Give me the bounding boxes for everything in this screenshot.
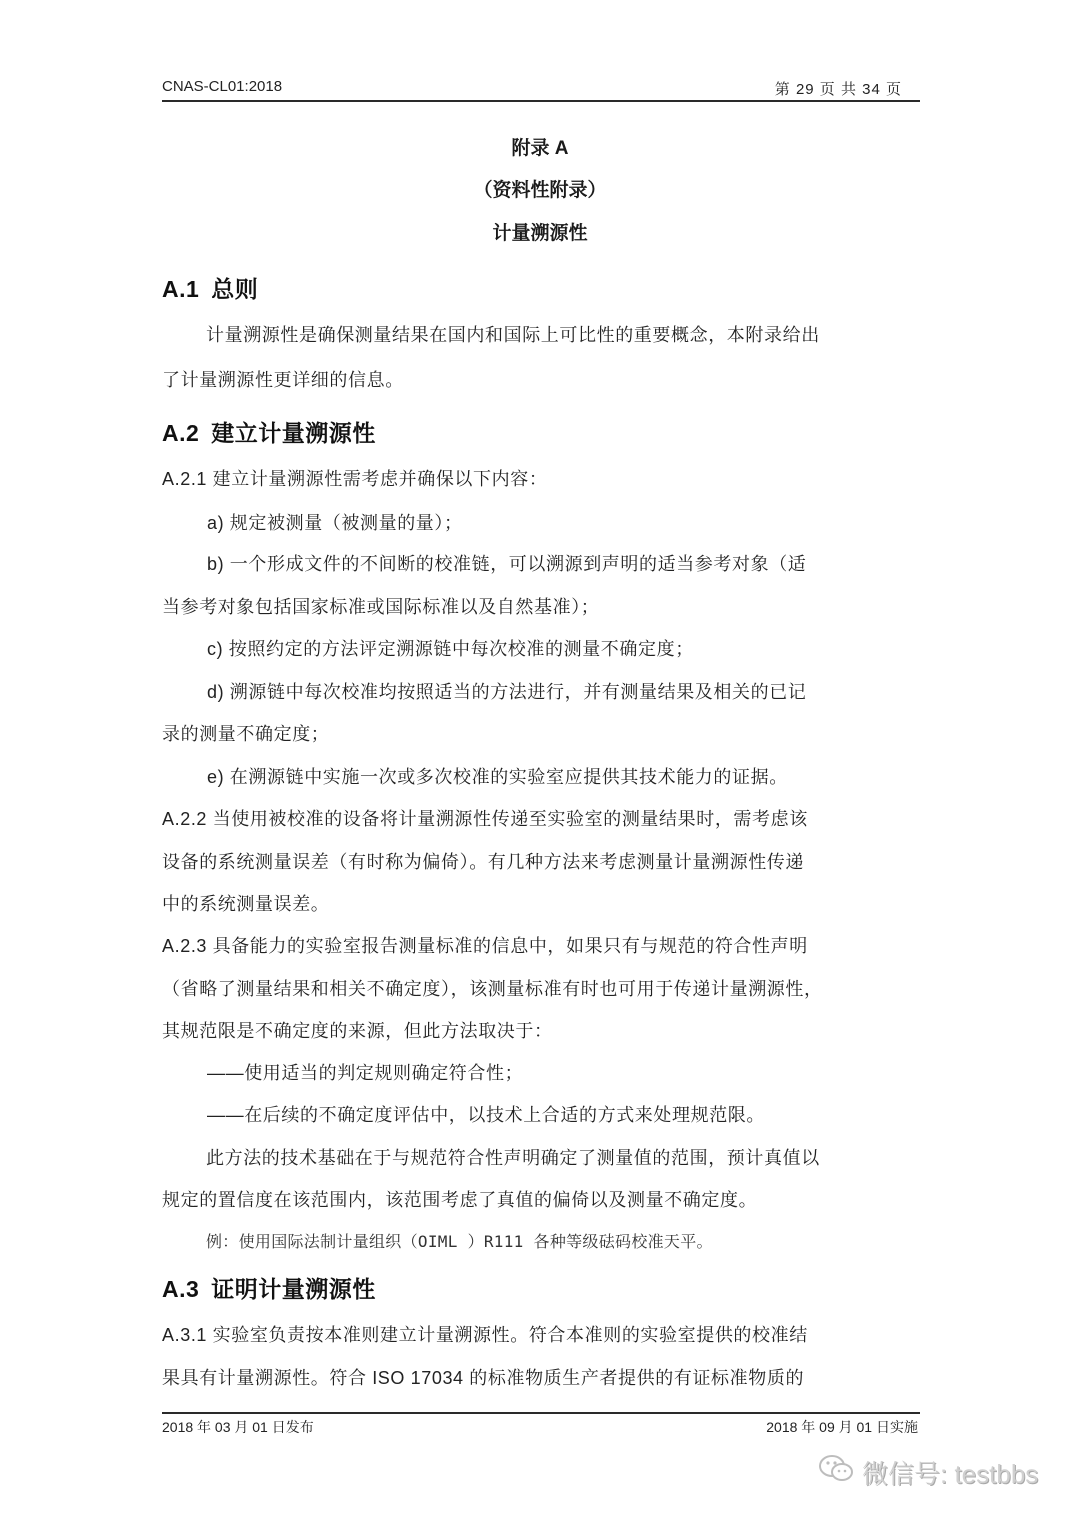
header-divider <box>162 100 920 102</box>
page-indicator: 第 29 页 共 34 页 <box>775 78 902 99</box>
list-item-d-continued: 录的测量不确定度； <box>162 722 920 746</box>
appendix-type: （资料性附录） <box>0 175 1080 202</box>
paragraph-line: 计量溯源性是确保测量结果在国内和国际上可比性的重要概念，本附录给出 <box>206 323 964 347</box>
section-heading-a2: A.2建立计量溯源性 <box>162 415 376 448</box>
paragraph-line: 规定的置信度在该范围内，该范围考虑了真值的偏倚以及测量不确定度。 <box>162 1188 920 1212</box>
dash-item: ——在后续的不确定度评估中，以技术上合适的方式来处理规范限。 <box>207 1103 965 1127</box>
watermark: 微信号: testbbs <box>818 1452 1038 1492</box>
paragraph-line: 果具有计量溯源性。符合 ISO 17034 的标准物质生产者提供的有证标准物质的 <box>162 1366 920 1390</box>
paragraph-line: 其规范限是不确定度的来源，但此方法取决于： <box>162 1019 920 1043</box>
paragraph-line: 中的系统测量误差。 <box>162 892 920 916</box>
issue-date: 2018 年 03 月 01 日发布 <box>162 1417 314 1437</box>
list-item-b: b) 一个形成文件的不间断的校准链，可以溯源到声明的适当参考对象（适 <box>207 552 965 576</box>
section-title: 总则 <box>211 276 258 302</box>
clause-a23: A.2.3 具备能力的实验室报告测量标准的信息中，如果只有与规范的符合性声明 <box>162 934 920 958</box>
list-item-d: d) 溯源链中每次校准均按照适当的方法进行，并有测量结果及相关的已记 <box>207 680 965 704</box>
document-code: CNAS-CL01:2018 <box>162 78 282 95</box>
section-title: 建立计量溯源性 <box>211 420 376 446</box>
appendix-title: 计量溯源性 <box>0 218 1080 245</box>
list-item-a: a) 规定被测量（被测量的量）； <box>207 511 965 535</box>
paragraph-line: 此方法的技术基础在于与规范符合性声明确定了测量值的范围，预计真值以 <box>206 1146 964 1170</box>
section-number: A.2 <box>162 420 199 446</box>
paragraph-line: （省略了测量结果和相关不确定度），该测量标准有时也可用于传递计量溯源性， <box>162 977 920 1001</box>
wechat-icon <box>818 1454 862 1491</box>
paragraph-line: 了计量溯源性更详细的信息。 <box>162 368 920 392</box>
section-number: A.1 <box>162 276 199 302</box>
clause-a21: A.2.1 建立计量溯源性需考虑并确保以下内容： <box>162 467 920 491</box>
clause-a22: A.2.2 当使用被校准的设备将计量溯源性传递至实验室的测量结果时，需考虑该 <box>162 807 920 831</box>
dash-item: ——使用适当的判定规则确定符合性； <box>207 1061 965 1085</box>
watermark-text: 微信号: testbbs <box>862 1454 1038 1491</box>
section-heading-a3: A.3证明计量溯源性 <box>162 1271 376 1304</box>
paragraph-line: 设备的系统测量误差（有时称为偏倚）。有几种方法来考虑测量计量溯源性传递 <box>162 850 920 874</box>
effective-date: 2018 年 09 月 01 日实施 <box>766 1417 918 1437</box>
example-note: 例：使用国际法制计量组织（OIML ）R111 各种等级砝码校准天平。 <box>206 1230 964 1254</box>
list-item-b-continued: 当参考对象包括国家标准或国际标准以及自然基准）； <box>162 595 920 619</box>
appendix-label: 附录 A <box>0 133 1080 160</box>
section-number: A.3 <box>162 1276 199 1302</box>
page-header: CNAS-CL01:2018 第 29 页 共 34 页 <box>162 76 918 102</box>
footer-divider <box>162 1412 920 1414</box>
list-item-c: c) 按照约定的方法评定溯源链中每次校准的测量不确定度； <box>207 637 965 661</box>
list-item-e: e) 在溯源链中实施一次或多次校准的实验室应提供其技术能力的证据。 <box>207 765 965 789</box>
clause-a31: A.3.1 实验室负责按本准则建立计量溯源性。符合本准则的实验室提供的校准结 <box>162 1323 920 1347</box>
section-heading-a1: A.1总则 <box>162 271 258 304</box>
section-title: 证明计量溯源性 <box>211 1276 376 1302</box>
